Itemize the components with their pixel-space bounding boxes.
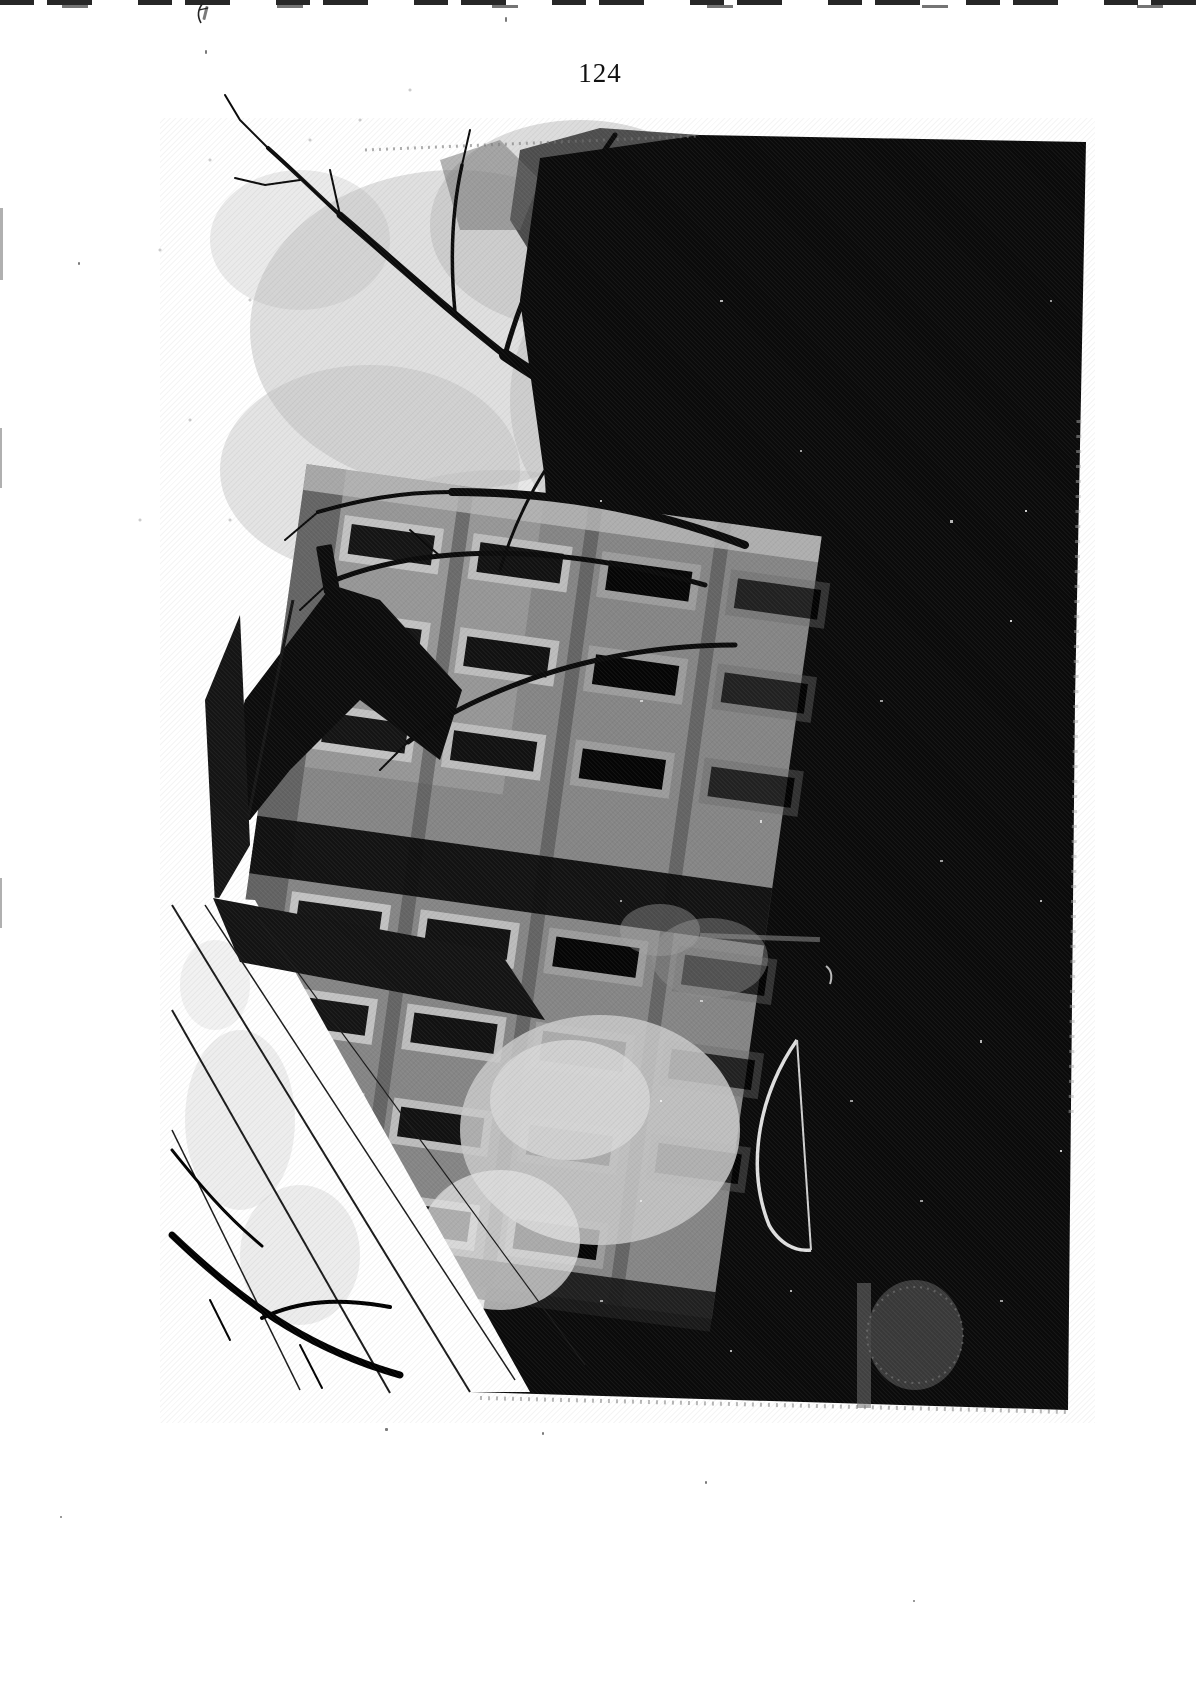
shrub-silhouette xyxy=(867,1280,963,1390)
car-glint xyxy=(620,904,700,956)
photograph-figure xyxy=(0,0,1200,1697)
scanned-page: 124 xyxy=(0,0,1200,1697)
top-hook-artifact xyxy=(199,3,208,23)
building-left-edge xyxy=(205,615,250,905)
